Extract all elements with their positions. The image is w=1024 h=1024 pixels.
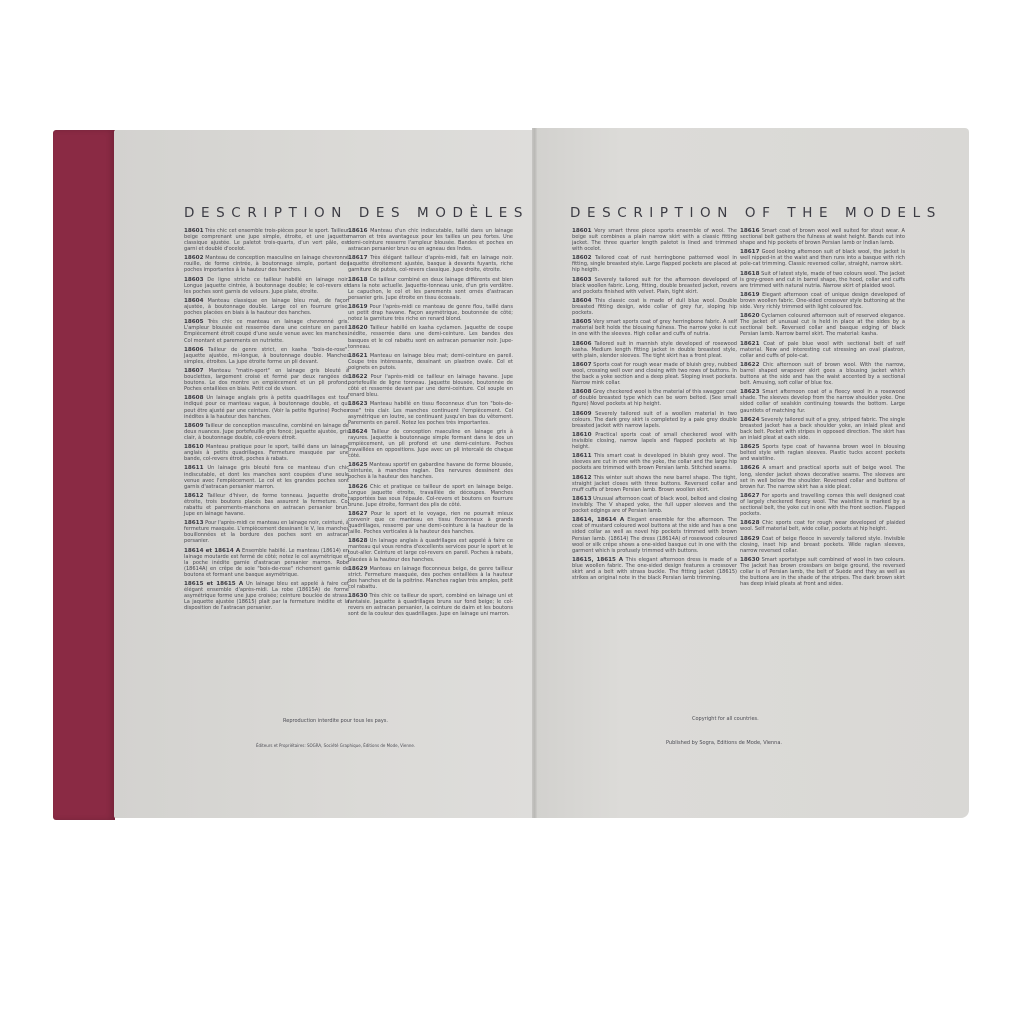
model-description-text: Grey checkered wool is the material of t… <box>572 389 737 407</box>
model-description-text: Un lainage gris bleuté fera ce manteau d… <box>184 465 349 489</box>
model-description-entry: 18604 This classic coat is made of dull … <box>572 298 737 316</box>
model-description-text: Pour l'après-midi ce manteau en lainage … <box>184 520 349 544</box>
model-description-entry: 18616 Smart coat of brown wool well suit… <box>740 228 905 246</box>
model-description-text: Tailleur d'hiver, de forme tonneau. Jaqu… <box>184 493 349 517</box>
model-description-text: Manteau habillé en tissu floconneux d'un… <box>348 401 513 425</box>
model-description-text: This classic coat is made of dull blue w… <box>572 298 737 316</box>
model-description-entry: 18609 Tailleur de conception masculine, … <box>184 423 349 441</box>
model-description-text: Coat of pale blue wool with sectional be… <box>740 341 905 359</box>
model-description-entry: 18606 Tailleur de genre strict, en kasha… <box>184 347 349 365</box>
model-description-text: Tailleur de genre strict, en kasha "bois… <box>184 347 349 365</box>
model-description-entry: 18602 Tailored coat of rust herringbone … <box>572 255 737 273</box>
model-description-entry: 18604 Manteau classique en lainage bleu … <box>184 298 349 316</box>
model-description-entry: 18628 Un lainage anglais à quadrillages … <box>348 538 513 562</box>
model-description-text: This winter suit shows the new barrel sh… <box>572 475 737 493</box>
model-description-entry: 18626 A smart and practical sports suit … <box>740 465 905 489</box>
left-page-column-2: 18616 Manteau d'un chic indiscutable, ta… <box>348 228 513 620</box>
model-description-text: De ligne stricte ce tailleur habillé en … <box>184 277 349 295</box>
model-description-text: Très chic ce tailleur de sport, combiné … <box>348 593 513 617</box>
model-description-text: Tailored suit in mannish style developed… <box>572 341 737 359</box>
left-page-footer-reproduction: Reproduction interdite pour tous les pay… <box>283 718 388 724</box>
model-description-text: Practical sports coat of small checkered… <box>572 432 737 450</box>
model-description-entry: 18608 Grey checkered wool is the materia… <box>572 389 737 407</box>
model-description-entry: 18607 Manteau "matin-sport" en lainage g… <box>184 368 349 392</box>
model-description-entry: 18615, 18615 A This elegant afternoon dr… <box>572 557 737 581</box>
model-description-text: For sports and travelling comes this wel… <box>740 493 905 517</box>
model-description-entry: 18603 De ligne stricte ce tailleur habil… <box>184 277 349 295</box>
model-description-text: Elegant afternoon coat of unique design … <box>740 292 905 310</box>
model-description-entry: 18613 Pour l'après-midi ce manteau en la… <box>184 520 349 544</box>
left-page-footer-publisher: Éditeurs et Propriétaires: SOGRA, Sociét… <box>256 743 415 748</box>
model-description-entry: 18630 Smart sportstype suit combined of … <box>740 557 905 587</box>
model-description-text: Très chic ce manteau en lainage chevronn… <box>184 319 349 343</box>
model-description-entry: 18625 Manteau sportif en gabardine havan… <box>348 462 513 480</box>
model-description-text: Manteau pratique pour le sport, taillé d… <box>184 444 349 462</box>
model-description-text: Tailored coat of rust herringbone patter… <box>572 255 737 273</box>
model-description-entry: 18624 Tailleur de conception masculine e… <box>348 429 513 459</box>
model-description-entry: 18621 Coat of pale blue wool with sectio… <box>740 341 905 359</box>
model-description-text: Ce tailleur combiné en deux lainage diff… <box>348 277 513 301</box>
model-description-entry: 18619 Elegant afternoon coat of unique d… <box>740 292 905 310</box>
left-page-column-1: 18601 Très chic cet ensemble trois-pièce… <box>184 228 349 614</box>
left-page-title: DESCRIPTION DES MODÈLES <box>184 205 529 221</box>
model-description-entry: 18618 Suit of latest style, made of two … <box>740 271 905 289</box>
model-description-text: Tailleur habillé en kasha cyclamen. Jaqu… <box>348 325 513 349</box>
model-description-text: Manteau de conception masculine en laina… <box>184 255 349 273</box>
model-description-text: Tailleur de conception masculine, combin… <box>184 423 349 441</box>
model-description-text: Pour l'après-midi ce manteau de genre fl… <box>348 304 513 322</box>
model-description-text: Severely tailored suit of a woollen mate… <box>572 411 737 429</box>
model-description-text: Cyclamen coloured afternoon suit of rese… <box>740 313 905 337</box>
model-description-entry: 18627 Pour le sport et le voyage, rien n… <box>348 511 513 535</box>
model-description-entry: 18622 Pour l'après-midi ce tailleur en l… <box>348 374 513 398</box>
model-description-entry: 18620 Cyclamen coloured afternoon suit o… <box>740 313 905 337</box>
model-description-entry: 18628 Chic sports coat for rough wear de… <box>740 520 905 532</box>
model-description-entry: 18608 Un lainage anglais gris à petits q… <box>184 395 349 419</box>
model-description-entry: 18614, 18614 A Elegant ensemble for the … <box>572 517 737 553</box>
model-description-entry: 18605 Very smart sports coat of grey her… <box>572 319 737 337</box>
model-description-text: Very smart sports coat of grey herringbo… <box>572 319 737 337</box>
model-description-entry: 18625 Sports type coat of havanna brown … <box>740 444 905 462</box>
model-description-entry: 18612 Tailleur d'hiver, de forme tonneau… <box>184 493 349 517</box>
model-description-text: Very smart three piece sports ensemble o… <box>572 228 737 252</box>
model-description-entry: 18602 Manteau de conception masculine en… <box>184 255 349 273</box>
model-description-text: Chic sports coat for rough wear develope… <box>740 520 905 532</box>
model-description-text: Unusual afternoon coat of black wool, be… <box>572 496 737 514</box>
model-description-text: Suit of latest style, made of two colour… <box>740 271 905 289</box>
model-description-entry: 18623 Smart afternoon coat of a fleecy w… <box>740 389 905 413</box>
model-description-text: Pour le sport et le voyage, rien ne pour… <box>348 511 513 535</box>
model-description-entry: 18603 Severely tailored suit for the aft… <box>572 277 737 295</box>
model-description-entry: 18607 Sports coat for rough wear made of… <box>572 362 737 386</box>
model-description-entry: 18611 This smart coat is developed in bl… <box>572 453 737 471</box>
model-description-entry: 18606 Tailored suit in mannish style dev… <box>572 341 737 359</box>
model-description-text: Manteau "matin-sport" en lainage gris bl… <box>184 368 349 392</box>
model-description-entry: 18610 Manteau pratique pour le sport, ta… <box>184 444 349 462</box>
model-description-text: Manteau classique en lainage bleu mat, d… <box>184 298 349 316</box>
model-description-entry: 18614 et 18614 A Ensemble habillé. Le ma… <box>184 548 349 578</box>
model-description-text: Un lainage anglais à quadrillages est ap… <box>348 538 513 562</box>
model-description-entry: 18629 Manteau en lainage floconneux beig… <box>348 566 513 590</box>
model-description-text: A smart and practical sports suit of bei… <box>740 465 905 489</box>
model-description-text: Manteau en lainage bleu mat; demi-ceintu… <box>348 353 513 371</box>
book-cover-spine <box>53 130 115 820</box>
model-description-text: Pour l'après-midi ce tailleur en lainage… <box>348 374 513 398</box>
model-description-entry: 18630 Très chic ce tailleur de sport, co… <box>348 593 513 617</box>
model-description-entry: 18601 Très chic cet ensemble trois-pièce… <box>184 228 349 252</box>
model-description-text: Elegant ensemble for the afternoon. The … <box>572 517 737 553</box>
right-page-footer-copyright: Copyright for all countries. <box>692 716 759 722</box>
model-description-text: Très chic cet ensemble trois-pièces pour… <box>184 228 349 252</box>
model-description-entry: 18621 Manteau en lainage bleu mat; demi-… <box>348 353 513 371</box>
model-description-entry: 18622 Chic afternoon suit of brown wool.… <box>740 362 905 386</box>
model-description-text: Sports coat for rough wear made of bluis… <box>572 362 737 386</box>
model-description-entry: 18616 Manteau d'un chic indiscutable, ta… <box>348 228 513 252</box>
model-description-text: Chic afternoon suit of brown wool. With … <box>740 362 905 386</box>
model-description-entry: 18620 Tailleur habillé en kasha cyclamen… <box>348 325 513 349</box>
model-description-entry: 18623 Manteau habillé en tissu floconneu… <box>348 401 513 425</box>
right-page-column-2: 18616 Smart coat of brown wool well suit… <box>740 228 905 590</box>
model-description-entry: 18618 Ce tailleur combiné en deux lainag… <box>348 277 513 301</box>
model-description-entry: 18617 Très élégant tailleur d'après-midi… <box>348 255 513 273</box>
model-description-text: This smart coat is developed in bluish g… <box>572 453 737 471</box>
model-description-entry: 18624 Severely tailored suit of a grey, … <box>740 417 905 441</box>
model-description-entry: 18629 Coat of beige fleece in severely t… <box>740 536 905 554</box>
model-description-text: Smart afternoon coat of a fleecy wool in… <box>740 389 905 413</box>
model-description-text: Coat of beige fleece in severely tailore… <box>740 536 905 554</box>
model-description-entry: 18626 Chic et pratique ce tailleur de sp… <box>348 484 513 508</box>
model-description-text: Manteau sportif en gabardine havane de f… <box>348 462 513 480</box>
model-description-entry: 18615 et 18615 A Un lainage bleu est app… <box>184 581 349 611</box>
right-page-footer-publisher: Published by Sogra, Editions de Mode, Vi… <box>666 740 782 746</box>
model-description-entry: 18609 Severely tailored suit of a woolle… <box>572 411 737 429</box>
model-description-text: Good looking afternoon suit of black woo… <box>740 249 905 267</box>
model-description-entry: 18612 This winter suit shows the new bar… <box>572 475 737 493</box>
model-description-entry: 18610 Practical sports coat of small che… <box>572 432 737 450</box>
right-page-column-1: 18601 Very smart three piece sports ense… <box>572 228 737 584</box>
model-description-entry: 18601 Very smart three piece sports ense… <box>572 228 737 252</box>
model-description-text: Très élégant tailleur d'après-midi, fait… <box>348 255 513 273</box>
model-description-text: Severely tailored suit for the afternoon… <box>572 277 737 295</box>
model-description-text: Smart sportstype suit combined of wool i… <box>740 557 905 587</box>
model-description-entry: 18613 Unusual afternoon coat of black wo… <box>572 496 737 514</box>
model-description-text: Manteau en lainage floconneux beige, de … <box>348 566 513 590</box>
model-description-text: Manteau d'un chic indiscutable, taillé d… <box>348 228 513 252</box>
model-description-text: Smart coat of brown wool well suited for… <box>740 228 905 246</box>
model-description-entry: 18605 Très chic ce manteau en lainage ch… <box>184 319 349 343</box>
model-description-text: Chic et pratique ce tailleur de sport en… <box>348 484 513 508</box>
model-description-entry: 18611 Un lainage gris bleuté fera ce man… <box>184 465 349 489</box>
model-description-entry: 18619 Pour l'après-midi ce manteau de ge… <box>348 304 513 322</box>
model-description-text: Severely tailored suit of a grey, stripe… <box>740 417 905 441</box>
page-gutter <box>532 128 537 818</box>
model-description-entry: 18617 Good looking afternoon suit of bla… <box>740 249 905 267</box>
model-description-entry: 18627 For sports and travelling comes th… <box>740 493 905 517</box>
model-description-text: Tailleur de conception masculine en lain… <box>348 429 513 459</box>
model-description-text: Un lainage anglais gris à petits quadril… <box>184 395 349 419</box>
model-description-text: Sports type coat of havanna brown wool i… <box>740 444 905 462</box>
right-page-title: DESCRIPTION OF THE MODELS <box>570 205 942 221</box>
